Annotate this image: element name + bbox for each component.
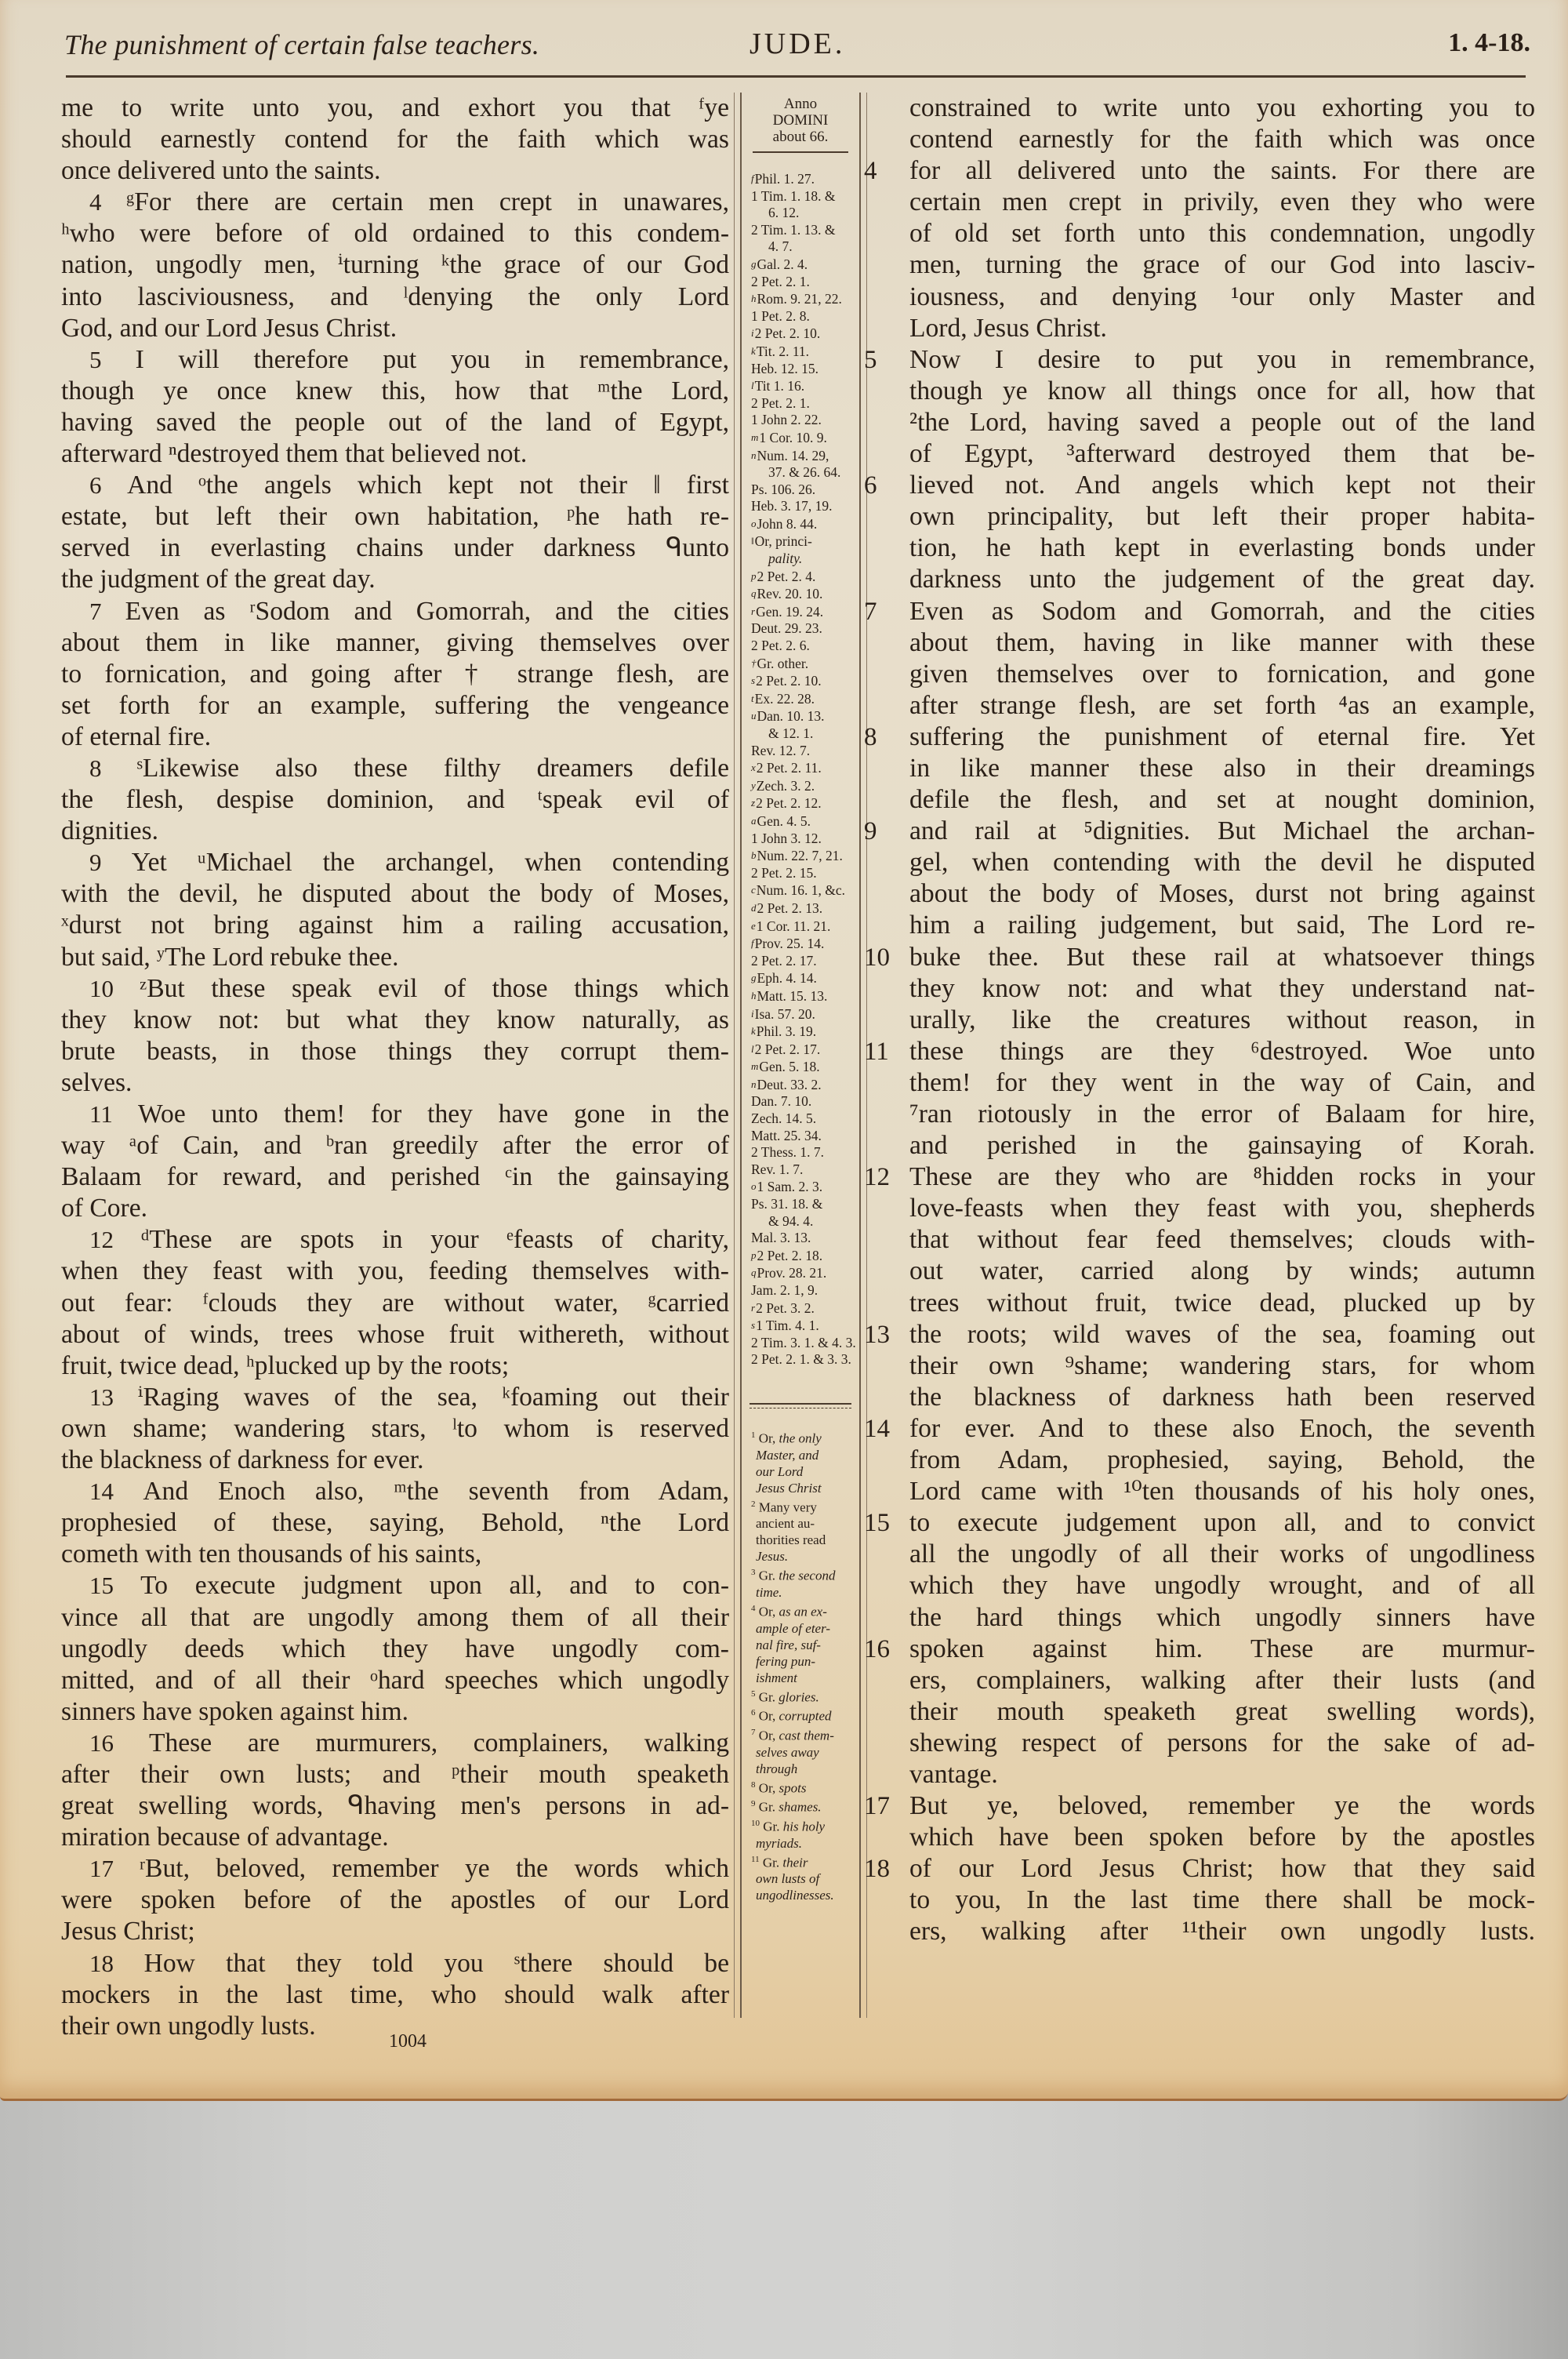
reference-text: pality. xyxy=(768,551,802,566)
reference-mark: a xyxy=(751,815,757,827)
text-line: selves. xyxy=(61,1067,729,1099)
verse-number: 16 xyxy=(864,1634,902,1665)
book-title: JUDE. xyxy=(750,27,845,61)
verse-text: Yet ᵘMichael the archangel, when contend… xyxy=(132,848,729,877)
verse-number: 16 xyxy=(89,1729,149,1757)
text-line: and perished in the gainsaying of Korah. xyxy=(909,1130,1535,1161)
marginal-note: Master, and xyxy=(751,1447,859,1463)
reference-mark: r xyxy=(751,1302,755,1314)
verse-number: 12 xyxy=(89,1226,141,1253)
note-text: fering pun- xyxy=(756,1654,815,1669)
header-rule xyxy=(66,75,1526,78)
note-text: Gr. xyxy=(760,1855,780,1870)
verse-text: estate, but left their own habitation, ᵖ… xyxy=(61,502,729,531)
text-line: though ye once knew this, how that ᵐthe … xyxy=(61,376,729,407)
verse-text: suffering the punishment of eternal fire… xyxy=(909,722,1535,751)
text-line: great swelling words, ᑫhaving men's pers… xyxy=(61,1790,729,1822)
verse-number: 13 xyxy=(864,1319,902,1350)
cross-reference: Rev. 1. 7. xyxy=(751,1161,859,1179)
note-text: ungodlinesses. xyxy=(756,1888,834,1903)
note-text: Or, xyxy=(756,1780,776,1795)
text-line: 4for all delivered unto the saints. For … xyxy=(909,155,1535,187)
text-line: estate, but left their own habitation, ᵖ… xyxy=(61,501,729,533)
text-line: urally, like the creatures without reaso… xyxy=(909,1005,1535,1036)
cross-reference: aGen. 4. 5. xyxy=(751,812,859,831)
verse-text: of our Lord Jesus Christ; how that they … xyxy=(909,1854,1535,1883)
verse-text: Even as Sodom and Gomorrah, and the citi… xyxy=(909,597,1535,626)
verse-number: 5 xyxy=(89,346,136,373)
text-line: 5 I will therefore put you in remembranc… xyxy=(61,344,729,376)
verse-text: afterward ⁿdestroyed them that believed … xyxy=(61,439,527,468)
verse-text: Jesus Christ; xyxy=(61,1917,195,1946)
verse-text: vince all that are ungodly among them of… xyxy=(61,1603,729,1632)
reference-mark: q xyxy=(751,587,757,599)
reference-mark: h xyxy=(751,293,757,304)
text-line: gel, when contending with the devil he d… xyxy=(909,847,1535,878)
verse-text: buke thee. But these rail at whatsoever … xyxy=(909,943,1535,972)
marginal-note: ishment xyxy=(751,1670,859,1686)
verse-text: mitted, and of all their ᵒhard speeches … xyxy=(61,1666,729,1695)
text-line: ʰwho were before of old ordained to this… xyxy=(61,218,729,249)
verse-number: 10 xyxy=(89,975,140,1002)
reference-text: Dan. 7. 10. xyxy=(751,1093,811,1109)
reference-mark: h xyxy=(751,990,757,1001)
verse-number: 4 xyxy=(864,155,902,187)
cross-reference: 2 Tim. 3. 1. & 4. 3. xyxy=(751,1335,859,1352)
text-line: sinners have spoken against him. xyxy=(61,1696,729,1728)
verse-text: Woe unto them! for they have gone in the xyxy=(138,1100,729,1129)
reference-mark: p xyxy=(751,1249,757,1261)
verse-number: 11 xyxy=(89,1100,138,1128)
text-line: all the ungodly of all their works of un… xyxy=(909,1539,1535,1570)
text-line: trees without fruit, twice dead, plucked… xyxy=(909,1288,1535,1319)
reference-text: Tit 1. 16. xyxy=(755,378,805,394)
verse-text: ungodly deeds which they have ungodly co… xyxy=(61,1634,729,1663)
marginal-note: 2 Many very xyxy=(751,1496,859,1516)
reference-mark: x xyxy=(751,761,756,773)
text-line: about of winds, trees whose fruit wither… xyxy=(61,1319,729,1350)
verse-number: 11 xyxy=(864,1036,902,1067)
verse-text: vantage. xyxy=(909,1760,998,1789)
note-text: through xyxy=(756,1761,797,1776)
cross-reference: Zech. 14. 5. xyxy=(751,1110,859,1128)
cross-reference: p2 Pet. 2. 18. xyxy=(751,1247,859,1265)
reference-text: 2 Pet. 2. 4. xyxy=(757,569,816,584)
reference-text: 2 Pet. 2. 17. xyxy=(751,953,817,969)
cross-reference: pality. xyxy=(751,551,859,568)
text-line: were spoken before of the apostles of ou… xyxy=(61,1885,729,1916)
reference-mark: f xyxy=(751,173,754,184)
verse-text: nation, ungodly men, ⁱturning ᵏthe grace… xyxy=(61,250,729,279)
text-line: 10buke thee. But these rail at whatsoeve… xyxy=(909,942,1535,973)
verse-text: lieved not. And angels which kept not th… xyxy=(909,471,1535,500)
cross-reference: qRev. 20. 10. xyxy=(751,585,859,603)
text-line: to you, In the last time there shall be … xyxy=(909,1885,1535,1916)
reference-text: 2 Pet. 2. 1. xyxy=(751,395,810,411)
cross-reference: gGal. 2. 4. xyxy=(751,256,859,274)
text-line: ⁷ran riotously in the error of Balaam fo… xyxy=(909,1099,1535,1130)
verse-text: their own ungodly lusts. xyxy=(61,2012,316,2041)
marginal-note: 9 Gr. shames. xyxy=(751,1796,859,1816)
cross-reference: 2 Pet. 2. 1. xyxy=(751,395,859,413)
verse-text: should earnestly contend for the faith w… xyxy=(61,125,729,154)
verse-text: ers, walking after ¹¹their own ungodly l… xyxy=(909,1917,1535,1946)
verse-number: 18 xyxy=(89,1950,144,1977)
text-line: own principality, but left their proper … xyxy=(909,501,1535,533)
text-line: but said, ʸThe Lord rebuke thee. xyxy=(61,942,729,973)
text-line: God, and our Lord Jesus Christ. xyxy=(61,313,729,344)
note-number: 11 xyxy=(751,1855,760,1864)
cross-reference: 2 Pet. 2. 1. & 3. 3. xyxy=(751,1351,859,1369)
text-line: set forth for an example, suffering the … xyxy=(61,690,729,722)
cross-reference: hRom. 9. 21, 22. xyxy=(751,290,859,308)
reference-mark: q xyxy=(751,1267,757,1278)
text-line: which they have ungodly wrought, and of … xyxy=(909,1570,1535,1601)
marginal-note: 7 Or, cast them- xyxy=(751,1725,859,1744)
reference-mark: m xyxy=(751,1060,758,1072)
verse-number: 7 xyxy=(89,598,125,625)
verse-text: of old set forth unto this condemnation,… xyxy=(909,219,1535,248)
verse-text: prophesied of these, saying, Behold, ⁿth… xyxy=(61,1508,729,1537)
reference-text: 2 Pet. 2. 11. xyxy=(757,760,822,776)
note-text: Or, xyxy=(756,1709,776,1724)
text-line: the blackness of darkness for ever. xyxy=(61,1445,729,1476)
text-line: of Egypt, ³afterward destroyed them that… xyxy=(909,438,1535,470)
reference-text: Zech. 14. 5. xyxy=(751,1110,816,1126)
cross-reference: Dan. 7. 10. xyxy=(751,1093,859,1110)
cross-reference: 1 Pet. 2. 8. xyxy=(751,308,859,325)
verse-text: ers, complainers, walking after their lu… xyxy=(909,1666,1535,1695)
cross-reference: iIsa. 57. 20. xyxy=(751,1005,859,1023)
text-line: after strange flesh, are set forth ⁴as a… xyxy=(909,690,1535,722)
verse-text: about the body of Moses, durst not bring… xyxy=(909,879,1535,908)
text-line: 12 ᵈThese are spots in your ᵉfeasts of c… xyxy=(61,1224,729,1256)
cross-reference: 1 John 2. 22. xyxy=(751,412,859,429)
note-gloss: cast them- xyxy=(775,1728,834,1743)
cross-reference: s1 Tim. 4. 1. xyxy=(751,1317,859,1335)
text-line: they know not: and what they understand … xyxy=(909,973,1535,1005)
reference-text: Prov. 25. 14. xyxy=(755,936,825,951)
note-text: Or, xyxy=(756,1728,776,1743)
verse-text: out fear: ᶠclouds they are without water… xyxy=(61,1289,729,1318)
text-line: constrained to write unto you exhorting … xyxy=(909,93,1535,124)
reference-text: 2 Pet. 2. 1. xyxy=(751,274,810,289)
date-rule xyxy=(753,151,848,153)
scanner-backdrop xyxy=(0,2094,1568,2359)
reference-mark: s xyxy=(751,674,755,686)
verse-number: 17 xyxy=(89,1855,140,1882)
verse-text: to fornication, and going after † strang… xyxy=(61,660,729,689)
marginal-note: 6 Or, corrupted xyxy=(751,1705,859,1725)
text-line: their mouth speaketh great swelling word… xyxy=(909,1696,1535,1728)
text-line: dignities. xyxy=(61,816,729,847)
reference-text: Zech. 3. 2. xyxy=(757,778,815,794)
verse-text: and perished in the gainsaying of Korah. xyxy=(909,1131,1535,1160)
text-line: 15to execute judgement upon all, and to … xyxy=(909,1507,1535,1539)
reference-mark: n xyxy=(751,449,757,461)
reference-text: 2 Pet. 2. 1. & 3. 3. xyxy=(751,1351,851,1367)
cross-reference: 2 Tim. 1. 13. & xyxy=(751,222,859,239)
verse-text: given themselves over to fornication, an… xyxy=(909,660,1535,689)
text-line: 11 Woe unto them! for they have gone in … xyxy=(61,1099,729,1130)
reference-mark: u xyxy=(751,710,757,722)
cross-reference: Rev. 12. 7. xyxy=(751,743,859,760)
reference-text: Gen. 5. 18. xyxy=(759,1059,819,1074)
cross-reference: z2 Pet. 2. 12. xyxy=(751,794,859,812)
verse-text: gel, when contending with the devil he d… xyxy=(909,848,1535,877)
verse-text: defile the flesh, and set at nought domi… xyxy=(909,785,1535,814)
reference-text: Deut. 33. 2. xyxy=(757,1077,822,1092)
note-text: Gr. xyxy=(756,1568,776,1583)
reference-mark: p xyxy=(751,570,757,582)
reference-text: Rev. 1. 7. xyxy=(751,1161,803,1177)
verse-text: these things are they ⁶destroyed. Woe un… xyxy=(909,1037,1535,1066)
verse-text: ʳBut, beloved, remember ye the words whi… xyxy=(140,1854,729,1883)
verse-text: though ye know all things once for all, … xyxy=(909,376,1535,405)
verse-text: him a railing judgement, but said, The L… xyxy=(909,911,1535,940)
cross-reference: l2 Pet. 2. 17. xyxy=(751,1041,859,1059)
verse-number: 4 xyxy=(89,188,126,216)
verse-text: great swelling words, ᑫhaving men's pers… xyxy=(61,1791,729,1820)
verse-text: To execute judgment upon all, and to con… xyxy=(140,1571,729,1600)
verse-number: 7 xyxy=(864,596,902,627)
note-text: time. xyxy=(756,1585,782,1600)
verse-text: served in everlasting chains under darkn… xyxy=(61,533,729,562)
reference-text: 2 Pet. 3. 2. xyxy=(756,1300,815,1316)
reference-text: 37. & 26. 64. xyxy=(768,464,840,480)
verse-text: about them in like manner, giving themse… xyxy=(61,628,729,657)
verse-text: were spoken before of the apostles of ou… xyxy=(61,1885,729,1914)
marginal-note: nal fire, suf- xyxy=(751,1637,859,1653)
text-line: 18 How that they told you ˢthere should … xyxy=(61,1948,729,1979)
reference-text: Deut. 29. 23. xyxy=(751,620,822,636)
text-line: in like manner these also in their dream… xyxy=(909,753,1535,784)
reference-text: 6. 12. xyxy=(768,205,799,220)
marginal-note: 11 Gr. their xyxy=(751,1852,859,1871)
text-line: own shame; wandering stars, ˡto whom is … xyxy=(61,1413,729,1445)
reference-mark: i xyxy=(751,327,754,339)
verse-text: way ᵃof Cain, and ᵇran greedily after th… xyxy=(61,1131,729,1160)
note-text: myriads. xyxy=(756,1836,802,1851)
text-line: after their own lusts; and ᵖtheir mouth … xyxy=(61,1759,729,1790)
note-text: ample of eter- xyxy=(756,1621,830,1636)
note-text: selves away xyxy=(756,1745,819,1760)
text-line: given themselves over to fornication, an… xyxy=(909,659,1535,690)
note-text: ancient au- xyxy=(756,1516,815,1531)
marginal-note: myriads. xyxy=(751,1835,859,1852)
verse-text: which have been spoken before by the apo… xyxy=(909,1823,1535,1852)
verse-number: 14 xyxy=(89,1478,143,1505)
verse-text: about them, having in like manner with t… xyxy=(909,628,1535,657)
verse-text: men, turning the grace of our God into l… xyxy=(909,250,1535,279)
cross-reference: Heb. 3. 17, 19. xyxy=(751,498,859,515)
verse-text: fruit, twice dead, ʰplucked up by the ro… xyxy=(61,1351,509,1380)
reference-mark: t xyxy=(751,692,754,704)
text-line: vantage. xyxy=(909,1759,1535,1790)
reference-text: Ps. 31. 18. & xyxy=(751,1196,822,1212)
domini-label: DOMINI xyxy=(742,112,859,129)
verse-text: and rail at ⁵dignities. But Michael the … xyxy=(909,816,1535,845)
cross-reference: lTit 1. 16. xyxy=(751,377,859,395)
text-line: me to write unto you, and exhort you tha… xyxy=(61,93,729,124)
reference-mark: g xyxy=(751,972,757,983)
verse-text: constrained to write unto you exhorting … xyxy=(909,93,1535,122)
cross-reference: fProv. 25. 14. xyxy=(751,935,859,953)
cross-reference: uDan. 10. 13. xyxy=(751,707,859,725)
marginal-note: 8 Or, spots xyxy=(751,1777,859,1797)
verse-text: selves. xyxy=(61,1068,132,1097)
verse-text: set forth for an example, suffering the … xyxy=(61,691,729,720)
cross-reference: ‖Or, princi- xyxy=(751,533,859,551)
reference-text: 2 Pet. 2. 12. xyxy=(756,795,822,811)
marginal-note: selves away xyxy=(751,1744,859,1761)
verse-text: Lord, Jesus Christ. xyxy=(909,314,1107,343)
verse-text: ⁷ran riotously in the error of Balaam fo… xyxy=(909,1100,1535,1129)
verse-text: ᵍFor there are certain men crept in unaw… xyxy=(126,187,729,216)
text-line: brute beasts, in those things they corru… xyxy=(61,1036,729,1067)
cross-reference: 37. & 26. 64. xyxy=(751,464,859,482)
reference-text: 1 Cor. 11. 21. xyxy=(757,918,831,934)
reference-text: Num. 22. 7, 21. xyxy=(757,848,843,863)
cross-reference: Ps. 31. 18. & xyxy=(751,1196,859,1213)
text-line: fruit, twice dead, ʰplucked up by the ro… xyxy=(61,1350,729,1382)
text-line: the hard things which ungodly sinners ha… xyxy=(909,1602,1535,1634)
cross-reference: tEx. 22. 28. xyxy=(751,690,859,708)
verse-text: And ᵒthe angels which kept not their ‖ f… xyxy=(127,471,729,500)
text-line: 15 To execute judgment upon all, and to … xyxy=(61,1570,729,1601)
verse-text: me to write unto you, and exhort you tha… xyxy=(61,93,729,122)
reference-text: 1 Tim. 1. 18. & xyxy=(751,188,835,204)
reference-text: 2 Pet. 2. 15. xyxy=(751,865,817,881)
cross-reference: 4. 7. xyxy=(751,238,859,256)
marginal-note: through xyxy=(751,1761,859,1777)
text-line: Lord, Jesus Christ. xyxy=(909,313,1535,344)
cross-reference: Mal. 3. 13. xyxy=(751,1230,859,1247)
note-gloss: his holy xyxy=(780,1819,826,1834)
reference-text: Matt. 25. 34. xyxy=(751,1128,822,1143)
reference-mark: m xyxy=(751,431,758,443)
verse-text: Even as ʳSodom and Gomorrah, and the cit… xyxy=(125,597,729,626)
marginal-note: ample of eter- xyxy=(751,1620,859,1637)
text-line: darkness unto the judgement of the great… xyxy=(909,564,1535,595)
authorized-version-column: me to write unto you, and exhort you tha… xyxy=(61,93,729,2042)
note-text: our Lord xyxy=(756,1464,803,1479)
verse-text: ˣdurst not bring against him a railing a… xyxy=(61,911,729,940)
reference-mark: ‖ xyxy=(751,535,754,547)
verse-text: ᶻBut these speak evil of those things wh… xyxy=(140,974,729,1003)
reference-text: 2 Pet. 2. 10. xyxy=(755,325,821,341)
reference-text: 2 Thess. 1. 7. xyxy=(751,1144,824,1160)
text-line: ers, complainers, walking after their lu… xyxy=(909,1665,1535,1696)
verse-text: iousness, and denying ¹our only Master a… xyxy=(909,282,1535,311)
reference-text: Rev. 20. 10. xyxy=(757,586,823,602)
cross-reference: kTit. 2. 11. xyxy=(751,343,859,361)
text-line: when they feast with you, feeding themse… xyxy=(61,1256,729,1287)
verse-text: for all delivered unto the saints. For t… xyxy=(909,156,1535,185)
marginal-note: Jesus. xyxy=(751,1548,859,1565)
verse-number: 6 xyxy=(864,470,902,501)
reference-mark: s xyxy=(751,1319,755,1331)
text-line: 18of our Lord Jesus Christ; how that the… xyxy=(909,1853,1535,1885)
text-line: vince all that are ungodly among them of… xyxy=(61,1602,729,1634)
marginal-note: ungodlinesses. xyxy=(751,1887,859,1903)
verse-text: of eternal fire. xyxy=(61,722,211,751)
marginal-note: time. xyxy=(751,1584,859,1601)
reference-mark: r xyxy=(751,605,755,617)
cross-reference: nNum. 14. 29, xyxy=(751,447,859,465)
text-line: iousness, and denying ¹our only Master a… xyxy=(909,282,1535,313)
text-line: of Core. xyxy=(61,1193,729,1224)
anno-label: Anno xyxy=(742,96,859,112)
reference-text: 1 John 2. 22. xyxy=(751,412,822,427)
reference-text: 4. 7. xyxy=(768,238,793,254)
verse-text: certain men crept in privily, even they … xyxy=(909,187,1535,216)
text-line: love-feasts when they feast with you, sh… xyxy=(909,1193,1535,1224)
verse-text: about of winds, trees whose fruit wither… xyxy=(61,1320,729,1349)
verse-text: God, and our Lord Jesus Christ. xyxy=(61,314,397,343)
cross-reference: Ps. 106. 26. xyxy=(751,482,859,499)
revised-version-notes: 1 Or, the onlyMaster, andour LordJesus C… xyxy=(742,1427,859,1903)
verse-text: ²the Lord, having saved a people out of … xyxy=(909,408,1535,437)
verse-text: own shame; wandering stars, ˡto whom is … xyxy=(61,1414,729,1443)
cross-reference: x2 Pet. 2. 11. xyxy=(751,759,859,777)
verse-text: the roots; wild waves of the sea, foamin… xyxy=(909,1320,1535,1349)
verse-text: from Adam, prophesied, saying, Behold, t… xyxy=(909,1445,1535,1474)
cross-reference: 2 Thess. 1. 7. xyxy=(751,1144,859,1161)
cross-reference: Jam. 2. 1, 9. xyxy=(751,1282,859,1299)
verse-text: they know not: and what they understand … xyxy=(909,974,1535,1003)
verse-text: with the devil, he disputed about the bo… xyxy=(61,879,729,908)
verse-text: the hard things which ungodly sinners ha… xyxy=(909,1603,1535,1632)
cross-reference: gEph. 4. 14. xyxy=(751,969,859,987)
marginal-note: own lusts of xyxy=(751,1870,859,1887)
text-line: 9and rail at ⁵dignities. But Michael the… xyxy=(909,816,1535,847)
reference-text: Isa. 57. 20. xyxy=(755,1006,815,1022)
text-line: with the devil, he disputed about the bo… xyxy=(61,878,729,910)
text-line: 16spoken against him. These are murmur- xyxy=(909,1634,1535,1665)
reference-mark: c xyxy=(751,884,756,896)
verse-text: which they have ungodly wrought, and of … xyxy=(909,1571,1535,1600)
cross-reference: Deut. 29. 23. xyxy=(751,620,859,638)
verse-text: of Core. xyxy=(61,1194,147,1223)
cross-reference: 1 John 3. 12. xyxy=(751,831,859,848)
text-line: 8suffering the punishment of eternal fir… xyxy=(909,722,1535,753)
reference-text: Rom. 9. 21, 22. xyxy=(757,291,842,307)
verse-number: 12 xyxy=(864,1161,902,1193)
verse-number: 6 xyxy=(89,471,127,499)
cross-reference: bNum. 22. 7, 21. xyxy=(751,847,859,865)
text-line: of eternal fire. xyxy=(61,722,729,753)
cross-reference: 2 Pet. 2. 15. xyxy=(751,865,859,882)
text-line: their own ⁹shame; wandering stars, for w… xyxy=(909,1350,1535,1382)
reference-text: Num. 16. 1, &c. xyxy=(757,882,845,898)
cross-reference: r2 Pet. 3. 2. xyxy=(751,1299,859,1318)
verse-text: in like manner these also in their dream… xyxy=(909,754,1535,783)
text-line: 6 And ᵒthe angels which kept not their ‖… xyxy=(61,470,729,501)
reference-text: Dan. 10. 13. xyxy=(757,708,825,724)
verse-text: though ye once knew this, how that ᵐthe … xyxy=(61,376,729,405)
marginal-note: our Lord xyxy=(751,1463,859,1480)
reference-mark: l xyxy=(751,380,754,391)
reference-text: Matt. 15. 13. xyxy=(757,988,828,1004)
reference-text: Ps. 106. 26. xyxy=(751,482,815,497)
verse-text: for ever. And to these also Enoch, the s… xyxy=(909,1414,1535,1443)
text-line: out water, carried along by winds; autum… xyxy=(909,1256,1535,1287)
cross-reference: p2 Pet. 2. 4. xyxy=(751,568,859,586)
verse-text: them! for they went in the way of Cain, … xyxy=(909,1068,1535,1097)
cross-reference: †Gr. other. xyxy=(751,655,859,673)
page-number: 1004 xyxy=(389,2031,426,2052)
